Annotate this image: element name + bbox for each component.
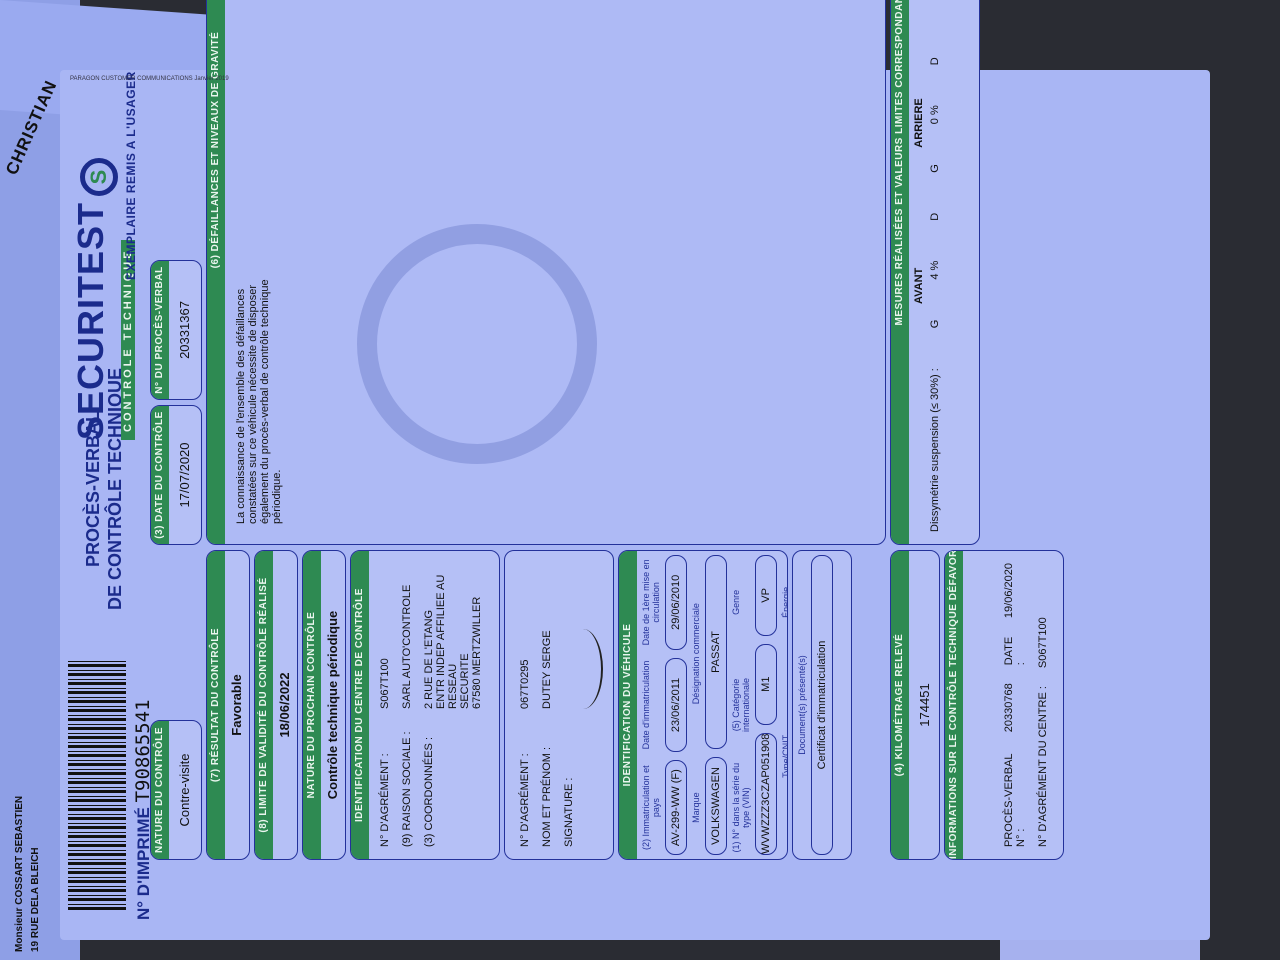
vehicule-box: IDENTIFICATION DU VÉHICULE (2) Immatricu… [618, 550, 788, 860]
logo-s-icon: S [80, 158, 118, 196]
pv-box: N° DU PROCÈS-VERBAL20331367 [150, 260, 202, 400]
proces-verbal-document: N° D'IMPRIMÉ T90865541 PROCÈS-VERBAL DE … [60, 70, 1210, 940]
prochain-box: NATURE DU PROCHAIN CONTRÔLEContrôle tech… [302, 550, 346, 860]
defavorable-box: INFORMATIONS SUR LE CONTRÔLE TECHNIQUE D… [944, 550, 1064, 860]
signature [563, 629, 603, 709]
barcode [68, 660, 126, 910]
kilometrage-box: (4) KILOMÉTRAGE RELEVÉ174451 [890, 550, 940, 860]
controleur-box: N° D'AGRÉMENT :067T0295 NOM ET PRÉNOM :D… [504, 550, 614, 860]
mesures-box: MESURES RÉALISÉES ET VALEURS LIMITES COR… [890, 0, 980, 545]
footer-credit: PARAGON CUSTOMER COMMUNICATIONS Janvier … [70, 76, 229, 82]
nature-box: NATURE DU CONTRÔLEContre-visite [150, 720, 202, 860]
limite-box: (8) LIMITE DE VALIDITÉ DU CONTRÔLE RÉALI… [254, 550, 298, 860]
exemplaire-label: EXEMPLAIRE REMIS A L'USAGER [124, 71, 138, 280]
recipient-address: Monsieur COSSART SEBASTIEN 19 RUE DELA B… [12, 796, 44, 952]
resultat-box: (7) RÉSULTAT DU CONTRÔLEFavorable [206, 550, 250, 860]
documents-box: Document(s) présenté(s) Certificat d'imm… [792, 550, 852, 860]
defaillances-box: (6) DÉFAILLANCES ET NIVEAUX DE GRAVITÉ L… [206, 0, 886, 545]
securitest-watermark [357, 224, 597, 464]
date-box: (3) DATE DU CONTRÔLE17/07/2020 [150, 405, 202, 545]
centre-box: IDENTIFICATION DU CENTRE DE CONTRÔLE N° … [350, 550, 500, 860]
